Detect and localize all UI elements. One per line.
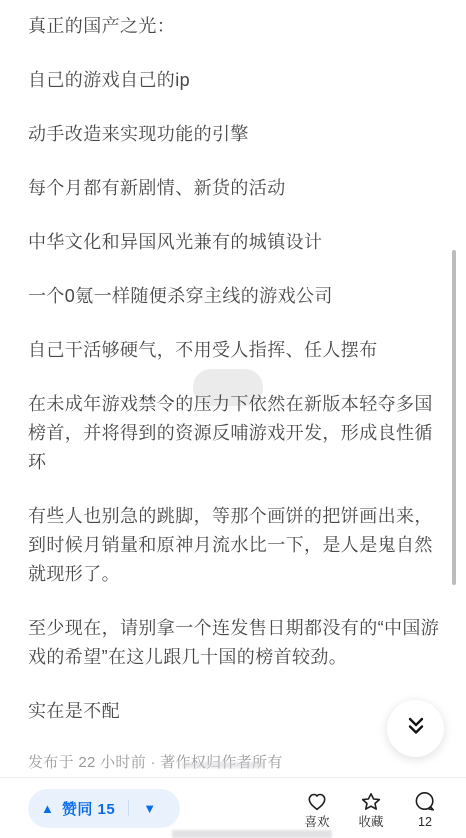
answer-paragraph: 动手改造来实现功能的引擎 [28,120,440,149]
answer-paragraph: 自己的游戏自己的ip [28,66,440,95]
favorite-label: 收藏 [358,815,383,829]
comment-count: 12 [418,815,432,829]
upvote-icon: ▲ [41,802,54,815]
like-label: 喜欢 [304,815,329,829]
double-chevron-down-icon [406,715,426,742]
upvote-label: 赞同 15 [62,798,115,819]
comment-button[interactable]: 12 [398,778,452,838]
answer-paragraph: 一个0氪一样随便杀穿主线的游戏公司 [28,282,440,311]
answer-paragraph: 实在是不配 [28,697,440,726]
upvote-button[interactable]: ▲ 赞同 15 [28,789,115,828]
answer-paragraph: 自己干活够硬气，不用受人指挥、任人摆布 [28,336,440,365]
answer-paragraph: 每个月都有新剧情、新货的活动 [28,174,440,203]
vote-divider [128,800,129,816]
scrollbar-thumb[interactable] [452,250,456,585]
like-button[interactable]: 喜欢 [290,778,344,838]
answer-body: 真正的国产之光： 自己的游戏自己的ip 动手改造来实现功能的引擎 每个月都有新剧… [28,12,440,772]
answer-paragraph: 中华文化和异国风光兼有的城镇设计 [28,228,440,257]
answer-paragraph: 真正的国产之光： [28,12,440,41]
action-buttons: 喜欢 收藏 12 [290,778,452,838]
watermark-blur [182,762,264,768]
answer-paragraph: 有些人也别急的跳脚，等那个画饼的把饼画出来，到时候月销量和原神月流水比一下，是人… [28,502,440,589]
vote-pill: ▲ 赞同 15 ▼ [28,789,180,828]
star-icon [358,790,384,814]
collapse-answer-button[interactable] [387,700,444,757]
watermark-blur [172,830,332,838]
bottom-action-bar: ▲ 赞同 15 ▼ 喜欢 [0,777,466,838]
answer-page: 真正的国产之光： 自己的游戏自己的ip 动手改造来实现功能的引擎 每个月都有新剧… [0,0,466,838]
comment-bubble-icon [412,790,438,814]
downvote-icon: ▼ [143,802,156,815]
answer-paragraph: 在未成年游戏禁令的压力下依然在新版本轻夺多国榜首，并将得到的资源反哺游戏开发，形… [28,390,440,477]
favorite-button[interactable]: 收藏 [344,778,398,838]
heart-icon [304,790,330,814]
answer-paragraph: 至少现在，请别拿一个连发售日期都没有的“中国游戏的希望”在这儿跟几十国的榜首较劲… [28,614,440,672]
downvote-button[interactable]: ▼ [143,789,162,828]
